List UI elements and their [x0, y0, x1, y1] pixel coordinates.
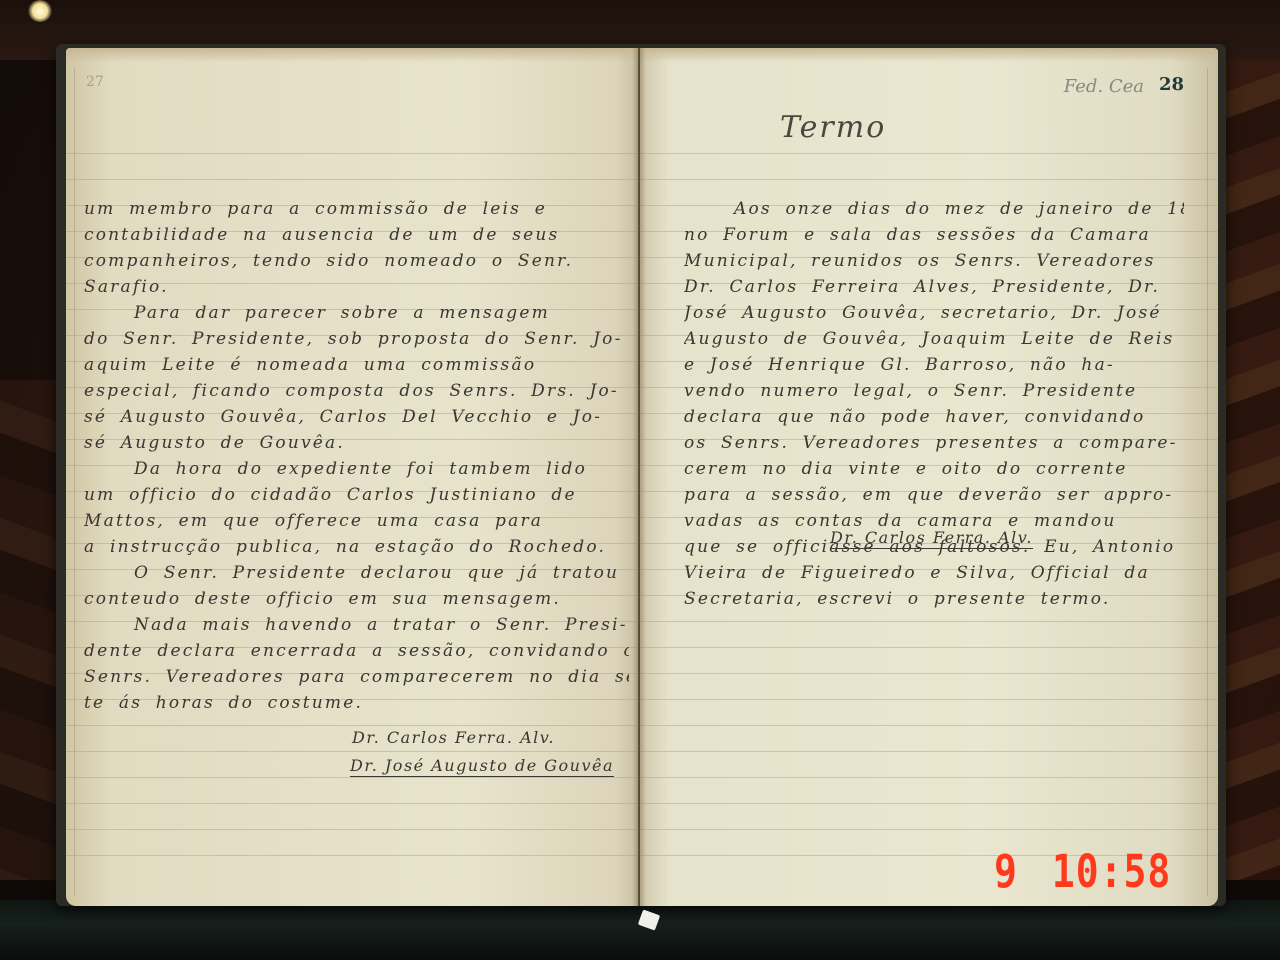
text-line: declara que não pode haver, convidando: [684, 404, 1184, 430]
light-reflection: [28, 0, 52, 22]
margin-line: [74, 68, 75, 896]
signature: Dr. Carlos Ferra. Alv.: [830, 528, 1033, 549]
text-line: Sarafio.: [84, 274, 629, 300]
camera-timestamp: 910:58: [994, 845, 1171, 898]
text-line: Dr. Carlos Ferreira Alves, Presidente, D…: [684, 274, 1184, 300]
text-line: sé Augusto Gouvêa, Carlos Del Vecchio e …: [84, 404, 629, 430]
text-line: José Augusto Gouvêa, secretario, Dr. Jos…: [684, 300, 1184, 326]
text-line: Secretaria, escrevi o presente termo.: [684, 586, 1184, 612]
signature: Dr. José Augusto de Gouvêa: [350, 756, 614, 777]
text-line: Para dar parecer sobre a mensagem: [84, 300, 629, 326]
page-heading: Termo: [780, 110, 886, 145]
text-line: O Senr. Presidente declarou que já trato…: [84, 560, 629, 586]
display-base: [0, 900, 1280, 960]
text-line: os Senrs. Vereadores presentes a compare…: [684, 430, 1184, 456]
book-gutter: [632, 48, 646, 906]
text-line: companheiros, tendo sido nomeado o Senr.: [84, 248, 629, 274]
margin-line: [1207, 68, 1208, 896]
left-page: 27 um membro para a commissão de leis e …: [66, 48, 638, 906]
text-line: especial, ficando composta dos Senrs. Dr…: [84, 378, 629, 404]
right-page: Fed. Cea 28 Termo Aos onze dias do mez d…: [640, 48, 1218, 906]
timestamp-day: 9: [994, 845, 1018, 898]
background-carpet-right: [1226, 60, 1280, 880]
text-line: aquim Leite é nomeada uma commissão: [84, 352, 629, 378]
text-line: dente declara encerrada a sessão, convid…: [84, 638, 629, 664]
text-line: conteudo deste officio em sua mensagem.: [84, 586, 629, 612]
text-line: e José Henrique Gl. Barroso, não ha-: [684, 352, 1184, 378]
page-number: 28: [1159, 74, 1184, 95]
text-line: a instrucção publica, na estação do Roch…: [84, 534, 629, 560]
text-line: Nada mais havendo a tratar o Senr. Presi…: [84, 612, 629, 638]
folio-mark: 27: [86, 74, 104, 90]
text-line: vendo numero legal, o Senr. Presidente: [684, 378, 1184, 404]
folio-annotation: Fed. Cea: [1064, 76, 1144, 97]
page-edge: [66, 48, 638, 62]
text-line: Senrs. Vereadores para comparecerem no d…: [84, 664, 629, 690]
signature: Dr. Carlos Ferra. Alv.: [352, 728, 555, 747]
text-line: Municipal, reunidos os Senrs. Vereadores: [684, 248, 1184, 274]
text-line: contabilidade na ausencia de um de seus: [84, 222, 629, 248]
background-carpet-left: [0, 380, 60, 880]
text-line: um officio do cidadão Carlos Justiniano …: [84, 482, 629, 508]
text-line: Da hora do expediente foi tambem lido: [84, 456, 629, 482]
text-line: sé Augusto de Gouvêa.: [84, 430, 629, 456]
left-page-text: um membro para a commissão de leis e con…: [84, 196, 629, 716]
text-line: um membro para a commissão de leis e: [84, 196, 629, 222]
text-line: para a sessão, em que deverão ser appro-: [684, 482, 1184, 508]
text-line: do Senr. Presidente, sob proposta do Sen…: [84, 326, 629, 352]
text-line: no Forum e sala das sessões da Camara: [684, 222, 1184, 248]
page-edge: [640, 48, 1218, 62]
text-line: Mattos, em que offerece uma casa para: [84, 508, 629, 534]
text-line: Vieira de Figueiredo e Silva, Official d…: [684, 560, 1184, 586]
text-line: cerem no dia vinte e oito do corrente: [684, 456, 1184, 482]
timestamp-time: 10:58: [1052, 845, 1171, 898]
text-line: Aos onze dias do mez de janeiro de 1894: [684, 196, 1184, 222]
text-line: Augusto de Gouvêa, Joaquim Leite de Reis: [684, 326, 1184, 352]
text-line: te ás horas do costume.: [84, 690, 629, 716]
right-page-text: Aos onze dias do mez de janeiro de 1894 …: [684, 196, 1184, 612]
